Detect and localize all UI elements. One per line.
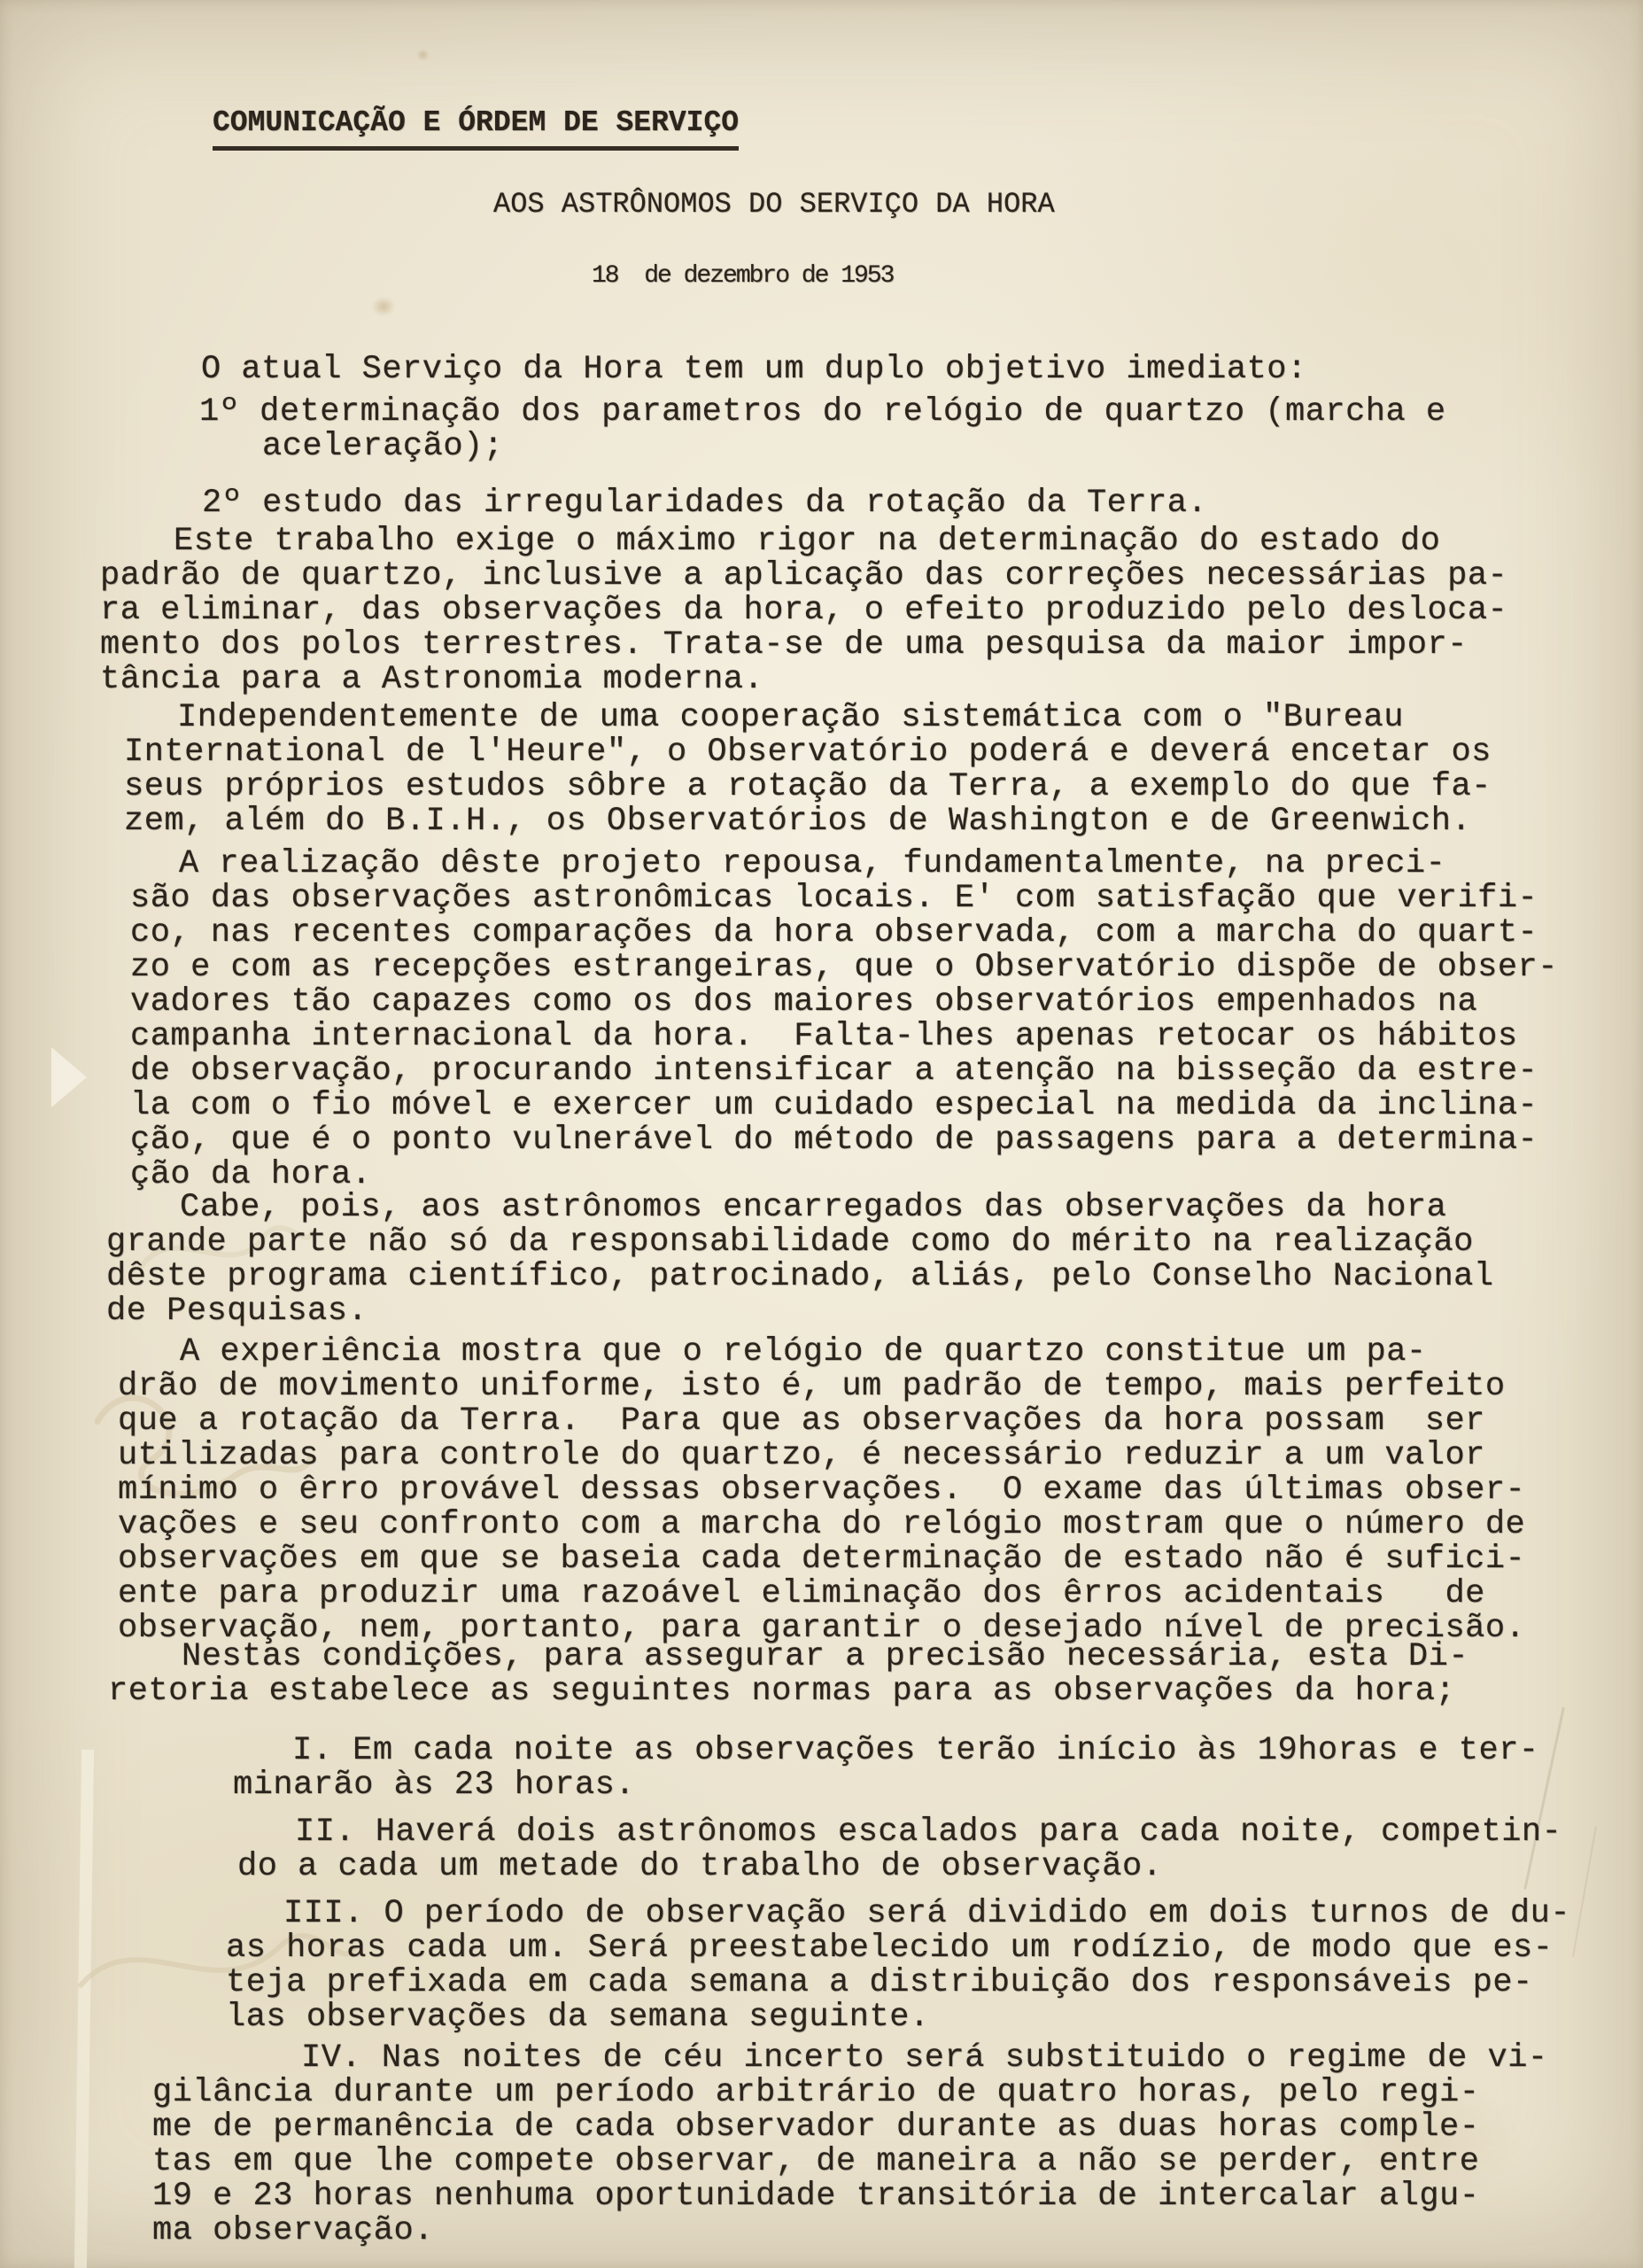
norm-item-3: III. O período de observação será dividi…: [226, 1897, 1570, 2035]
date-line: 18 de dezembro de 1953: [592, 262, 893, 290]
paragraph-a-experiencia: A experiência mostra que o relógio de qu…: [118, 1335, 1525, 1646]
addressee-line: AOS ASTRÔNOMOS DO SERVIÇO DA HORA: [493, 188, 1055, 221]
objective-item-1: 1º determinação dos parametros do relógi…: [262, 395, 1446, 464]
paragraph-independentemente: Independentemente de uma cooperação sist…: [124, 701, 1492, 839]
paper-stain: [416, 49, 430, 61]
objective-item-2: 2º estudo das irregularidades da rotação…: [202, 486, 1207, 521]
paper-torn-edge: [74, 1750, 94, 2268]
paragraph-a-realizacao: A realização dêste projeto repousa, fund…: [130, 847, 1558, 1192]
paper-fold-notch: [51, 1047, 87, 1107]
document-page: COMUNICAÇÃO E ÓRDEM DE SERVIÇO AOS ASTRÔ…: [0, 0, 1643, 2268]
paper-crease: [1572, 1826, 1597, 1957]
norm-item-2: II. Haverá dois astrônomos escalados par…: [237, 1815, 1562, 1884]
paragraph-nestas-condicoes: Nestas condições, para assegurar a preci…: [108, 1640, 1469, 1709]
paragraph-este-trabalho: Este trabalho exige o máximo rigor na de…: [100, 524, 1507, 697]
norm-item-1: I. Em cada noite as observações terão in…: [233, 1734, 1539, 1803]
document-title: COMUNICAÇÃO E ÓRDEM DE SERVIÇO: [213, 106, 739, 151]
intro-line: O atual Serviço da Hora tem um duplo obj…: [201, 353, 1307, 387]
paper-stain: [372, 297, 395, 316]
paragraph-cabe-pois: Cabe, pois, aos astrônomos encarregados …: [106, 1191, 1494, 1329]
norm-item-4: IV. Nas noites de céu incerto será subst…: [152, 2041, 1548, 2249]
